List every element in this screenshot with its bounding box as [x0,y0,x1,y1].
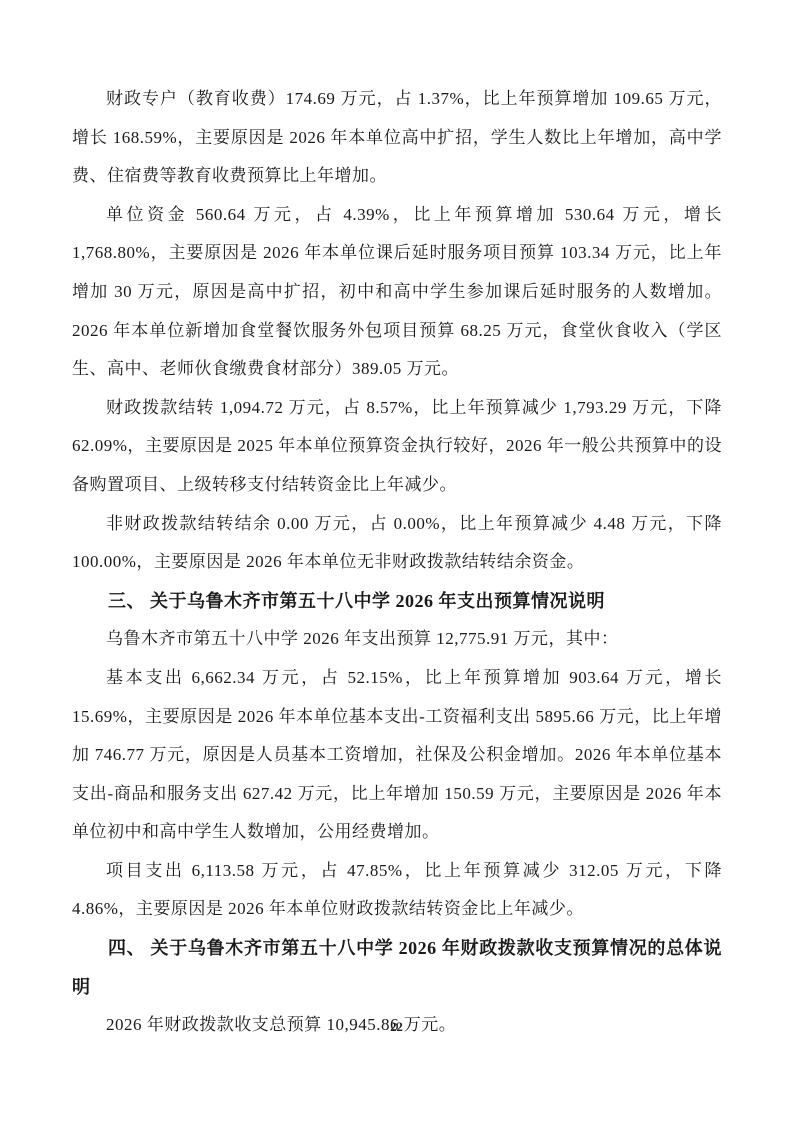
paragraph-expenditure-total: 乌鲁木齐市第五十八中学 2026 年支出预算 12,775.91 万元，其中： [72,620,722,659]
document-body: 财政专户（教育收费）174.69 万元，占 1.37%，比上年预算增加 109.… [72,80,722,1045]
heading-section-four: 四、 关于乌鲁木齐市第五十八中学 2026 年财政拨款收支预算情况的总体说明 [72,929,722,1006]
page-number: 22 [0,1020,793,1035]
paragraph-non-fiscal-carryover: 非财政拨款结转结余 0.00 万元，占 0.00%，比上年预算减少 4.48 万… [72,505,722,582]
document-page: 财政专户（教育收费）174.69 万元，占 1.37%，比上年预算增加 109.… [0,0,793,1122]
paragraph-fiscal-carryover: 财政拨款结转 1,094.72 万元，占 8.57%，比上年预算减少 1,793… [72,389,722,505]
heading-section-three: 三、 关于乌鲁木齐市第五十八中学 2026 年支出预算情况说明 [72,582,722,621]
paragraph-project-expenditure: 项目支出 6,113.58 万元，占 47.85%，比上年预算减少 312.05… [72,852,722,929]
paragraph-fiscal-special-account: 财政专户（教育收费）174.69 万元，占 1.37%，比上年预算增加 109.… [72,80,722,196]
paragraph-unit-funds: 单位资金 560.64 万元，占 4.39%，比上年预算增加 530.64 万元… [72,196,722,389]
paragraph-basic-expenditure: 基本支出 6,662.34 万元，占 52.15%，比上年预算增加 903.64… [72,659,722,852]
